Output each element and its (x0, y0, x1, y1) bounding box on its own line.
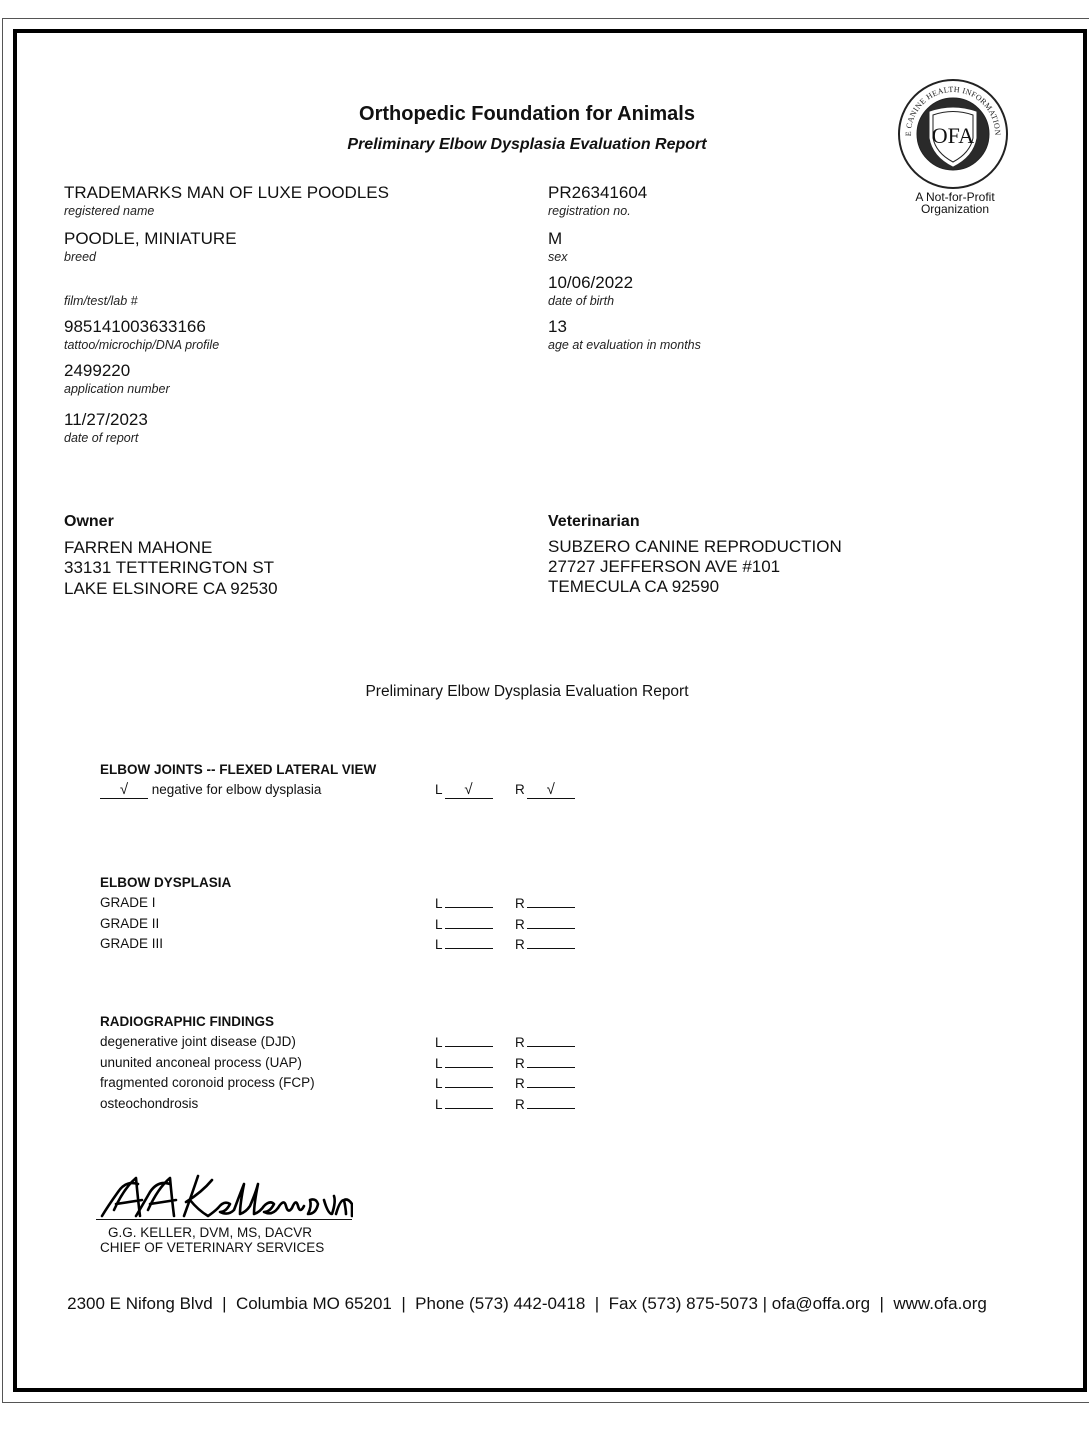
dysplasia-row-3-left: L (435, 936, 493, 952)
signer-title: CHIEF OF VETERINARY SERVICES (100, 1240, 324, 1255)
evaluation-title: Preliminary Elbow Dysplasia Evaluation R… (0, 683, 1054, 701)
dysplasia-row-2-left: L (435, 916, 493, 932)
dysplasia-row-1-right: R (515, 895, 575, 911)
right-side-label: R (515, 1035, 525, 1050)
radiographic-findings-heading: RADIOGRAPHIC FINDINGS (100, 1014, 274, 1029)
report-subtitle: Preliminary Elbow Dysplasia Evaluation R… (0, 136, 1054, 154)
blank-field (445, 1096, 493, 1109)
findings-row-2-right: R (515, 1055, 575, 1071)
fcp-label: fragmented coronoid process (FCP) (100, 1075, 315, 1090)
findings-row-4-right: R (515, 1096, 575, 1112)
check-mark-icon: √ (445, 786, 493, 799)
sex-value: M (548, 229, 562, 249)
blank-field (527, 895, 575, 908)
left-side-label: L (435, 896, 443, 911)
owner-heading: Owner (64, 513, 114, 531)
org-note: A Not-for-Profit Organization (900, 191, 1010, 215)
breed-value: POODLE, MINIATURE (64, 229, 237, 249)
elbow-dysplasia-heading: ELBOW DYSPLASIA (100, 875, 231, 890)
findings-row-4-left: L (435, 1096, 493, 1112)
right-side-label: R (515, 1056, 525, 1071)
left-side-label: L (435, 1056, 443, 1071)
uap-label: ununited anconeal process (UAP) (100, 1055, 302, 1070)
age-label: age at evaluation in months (548, 338, 701, 352)
findings-row-1-right: R (515, 1034, 575, 1050)
date-of-report-label: date of report (64, 431, 138, 445)
blank-field (445, 1034, 493, 1047)
check-mark-icon: √ (527, 786, 575, 799)
signer-name: G.G. KELLER, DVM, MS, DACVR (100, 1225, 324, 1240)
date-of-birth-label: date of birth (548, 294, 614, 308)
right-side-label: R (515, 917, 525, 932)
flexed-row-label: negative for elbow dysplasia (152, 782, 322, 797)
osteochondrosis-label: osteochondrosis (100, 1096, 198, 1111)
application-number-label: application number (64, 382, 170, 396)
registration-no-value: PR26341604 (548, 183, 647, 203)
blank-field (445, 916, 493, 929)
blank-field (445, 936, 493, 949)
blank-field (527, 916, 575, 929)
grade-1-label: GRADE I (100, 895, 156, 910)
djd-label: degenerative joint disease (DJD) (100, 1034, 296, 1049)
org-note-line2: Organization (900, 203, 1010, 215)
age-value: 13 (548, 317, 567, 337)
blank-field (527, 936, 575, 949)
blank-field (527, 1055, 575, 1068)
flexed-view-heading: ELBOW JOINTS -- FLEXED LATERAL VIEW (100, 762, 376, 777)
blank-field (527, 1075, 575, 1088)
breed-label: breed (64, 250, 96, 264)
flexed-row-1-left: L√ (435, 782, 493, 799)
grade-3-label: GRADE III (100, 936, 163, 951)
left-side-label: L (435, 1035, 443, 1050)
left-side-label: L (435, 917, 443, 932)
right-side-label: R (515, 1097, 525, 1112)
flexed-row-1-right: R√ (515, 782, 575, 799)
dysplasia-row-2-right: R (515, 916, 575, 932)
vet-name: SUBZERO CANINE REPRODUCTION (548, 537, 842, 557)
check-mark-icon: √ (100, 786, 148, 799)
owner-street: 33131 TETTERINGTON ST (64, 558, 274, 578)
blank-field (445, 1055, 493, 1068)
right-side-label: R (515, 896, 525, 911)
right-side-label: R (515, 1076, 525, 1091)
microchip-label: tattoo/microchip/DNA profile (64, 338, 219, 352)
owner-city: LAKE ELSINORE CA 92530 (64, 579, 278, 599)
blank-field (445, 895, 493, 908)
flexed-row: √ negative for elbow dysplasia (100, 782, 321, 799)
left-side-label: L (435, 782, 443, 797)
registered-name-label: registered name (64, 204, 154, 218)
dysplasia-row-3-right: R (515, 936, 575, 952)
blank-field (527, 1096, 575, 1109)
film-test-lab-label: film/test/lab # (64, 294, 138, 308)
blank-field (527, 1034, 575, 1047)
right-side-label: R (515, 782, 525, 797)
veterinarian-heading: Veterinarian (548, 513, 640, 531)
vet-street: 27727 JEFFERSON AVE #101 (548, 557, 780, 577)
ofa-seal-icon: OFA - THE CANINE HEALTH INFORMATION CENT… (897, 78, 1009, 190)
left-side-label: L (435, 937, 443, 952)
microchip-value: 985141003633166 (64, 317, 206, 337)
application-number-value: 2499220 (64, 361, 130, 381)
owner-name: FARREN MAHONE (64, 538, 212, 558)
findings-row-3-left: L (435, 1075, 493, 1091)
registration-no-label: registration no. (548, 204, 631, 218)
blank-field (445, 1075, 493, 1088)
date-of-birth-value: 10/06/2022 (548, 273, 633, 293)
signature-line (96, 1219, 352, 1220)
signer-block: G.G. KELLER, DVM, MS, DACVR CHIEF OF VET… (100, 1225, 324, 1255)
footer-contact: 2300 E Nifong Blvd | Columbia MO 65201 |… (0, 1294, 1054, 1314)
right-side-label: R (515, 937, 525, 952)
findings-row-1-left: L (435, 1034, 493, 1050)
findings-row-2-left: L (435, 1055, 493, 1071)
sex-label: sex (548, 250, 567, 264)
grade-2-label: GRADE II (100, 916, 159, 931)
svg-text:SINCE 1966: SINCE 1966 (938, 174, 969, 180)
page-title: Orthopedic Foundation for Animals (0, 103, 1054, 126)
vet-city: TEMECULA CA 92590 (548, 577, 719, 597)
left-side-label: L (435, 1076, 443, 1091)
svg-text:OFA: OFA (932, 123, 974, 148)
dysplasia-row-1-left: L (435, 895, 493, 911)
registered-name-value: TRADEMARKS MAN OF LUXE POODLES (64, 183, 389, 203)
date-of-report-value: 11/27/2023 (64, 410, 148, 430)
signature-icon (98, 1170, 353, 1222)
findings-row-3-right: R (515, 1075, 575, 1091)
left-side-label: L (435, 1097, 443, 1112)
